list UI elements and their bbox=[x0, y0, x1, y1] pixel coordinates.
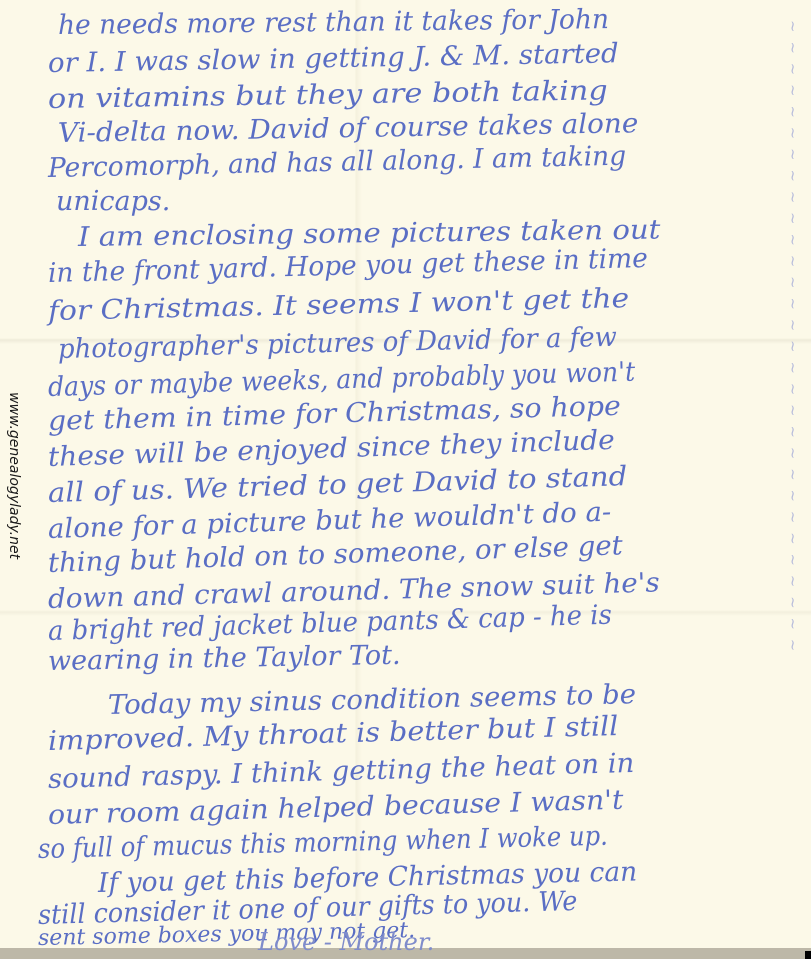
signature: Love - Mother. bbox=[258, 928, 434, 956]
margin-note: ~ ~ ~ ~ ~ ~ ~ ~ ~ ~ ~ ~ ~ ~ ~ ~ ~ ~ ~ ~ … bbox=[772, 20, 802, 920]
letter-line: wearing in the Taylor Tot. bbox=[48, 640, 401, 677]
letter-line: he needs more rest than it takes for Joh… bbox=[58, 4, 609, 41]
scan-corner-mark bbox=[805, 951, 811, 959]
letter-line: unicaps. bbox=[56, 186, 170, 217]
watermark: www.genealogylady.net bbox=[2, 392, 22, 592]
